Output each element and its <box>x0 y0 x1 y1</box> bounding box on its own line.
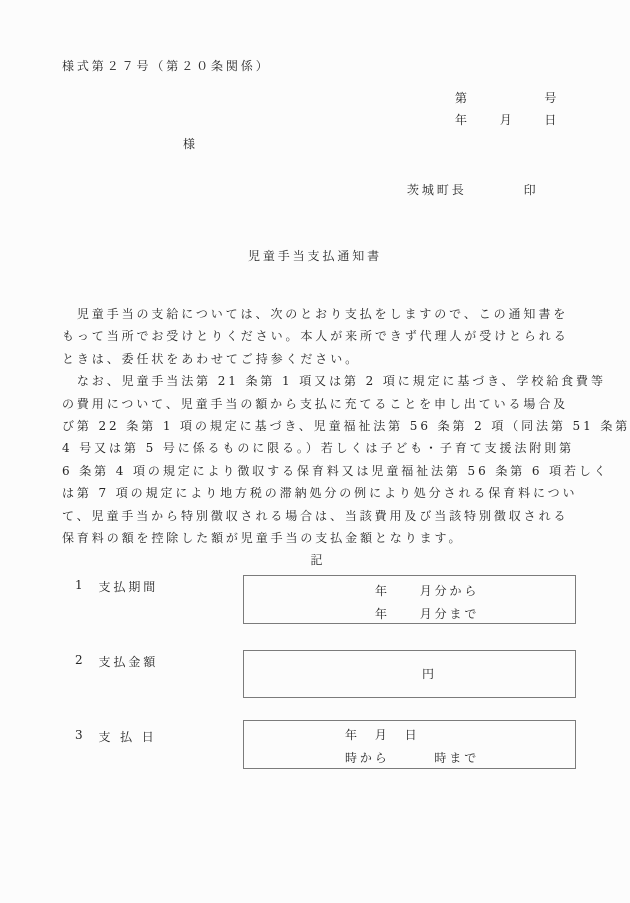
body-line: 保育料の額を控除した額が児童手当の支払金額となります。 <box>62 527 574 549</box>
body-line: 6 条第 4 項の規定により徴収する保育料又は児童福祉法第 56 条第 6 項若… <box>62 460 574 482</box>
item-3-label: 3 支 払 日 <box>75 728 157 745</box>
list-marker: 記 <box>62 549 574 571</box>
item-2-text: 支払金額 <box>99 653 159 670</box>
payment-period-box: 年 月分から 年 月分まで <box>243 575 576 624</box>
payment-period-from: 年 月分から <box>375 580 575 603</box>
issuer-line: 茨城町長 印 <box>407 181 539 198</box>
doc-number-line: 第 号 <box>455 89 559 106</box>
item-3-number: 3 <box>75 728 86 742</box>
body-line: は第 7 項の規定により地方税の滞納処分の例により処分される保育料につい <box>62 482 574 504</box>
issuer-seal-gap <box>467 181 524 198</box>
body-line: て、児童手当から特別徴収される場合は、当該費用及び当該特別徴収される <box>62 505 574 527</box>
body-line: の費用について、児童手当の額から支払に充てることを申し出ている場合及 <box>62 393 574 415</box>
item-2-label: 2 支払金額 <box>75 653 158 670</box>
seal-mark: 印 <box>524 181 539 198</box>
item-3-text: 支 払 日 <box>99 728 157 745</box>
document-page: 様式第２７号（第２０条関係） 第 号 年 月 日 様 茨城町長 印 児童手当支払… <box>0 0 630 903</box>
payment-amount-box: 円 <box>243 650 576 698</box>
issue-date-line: 年 月 日 <box>455 111 559 128</box>
item-1-number: 1 <box>75 578 86 592</box>
body-line: び第 22 条第 1 項の規定に基づき、児童福祉法第 56 条第 2 項（同法第… <box>62 415 574 437</box>
body-text: 児童手当の支給については、次のとおり支払をしますので、この通知書を もって当所で… <box>62 303 574 572</box>
page-title: 児童手当支払通知書 <box>0 247 630 264</box>
form-number: 様式第２７号（第２０条関係） <box>62 57 271 74</box>
body-line: 4 号又は第 5 号に係るものに限る。）若しくは子ども・子育て支援法附則第 <box>62 437 574 459</box>
issuer-name: 茨城町長 <box>407 181 467 198</box>
payment-date-line: 年 月 日 <box>345 724 575 747</box>
item-1-text: 支払期間 <box>99 578 159 595</box>
body-line: 児童手当の支給については、次のとおり支払をしますので、この通知書を <box>62 303 574 325</box>
payment-date-box: 年 月 日 時から 時まで <box>243 720 576 769</box>
addressee-suffix: 様 <box>183 135 198 152</box>
payment-time-line: 時から 時まで <box>345 747 575 770</box>
body-line: ときは、委任状をあわせてご持参ください。 <box>62 348 574 370</box>
item-1-label: 1 支払期間 <box>75 578 158 595</box>
body-line: もって当所でお受けとりください。本人が来所できず代理人が受けとられる <box>62 325 574 347</box>
payment-amount-unit: 円 <box>422 651 575 697</box>
item-2-number: 2 <box>75 653 86 667</box>
payment-period-to: 年 月分まで <box>375 603 575 626</box>
body-line: なお、児童手当法第 21 条第 1 項又は第 2 項に規定に基づき、学校給食費等 <box>62 370 574 392</box>
